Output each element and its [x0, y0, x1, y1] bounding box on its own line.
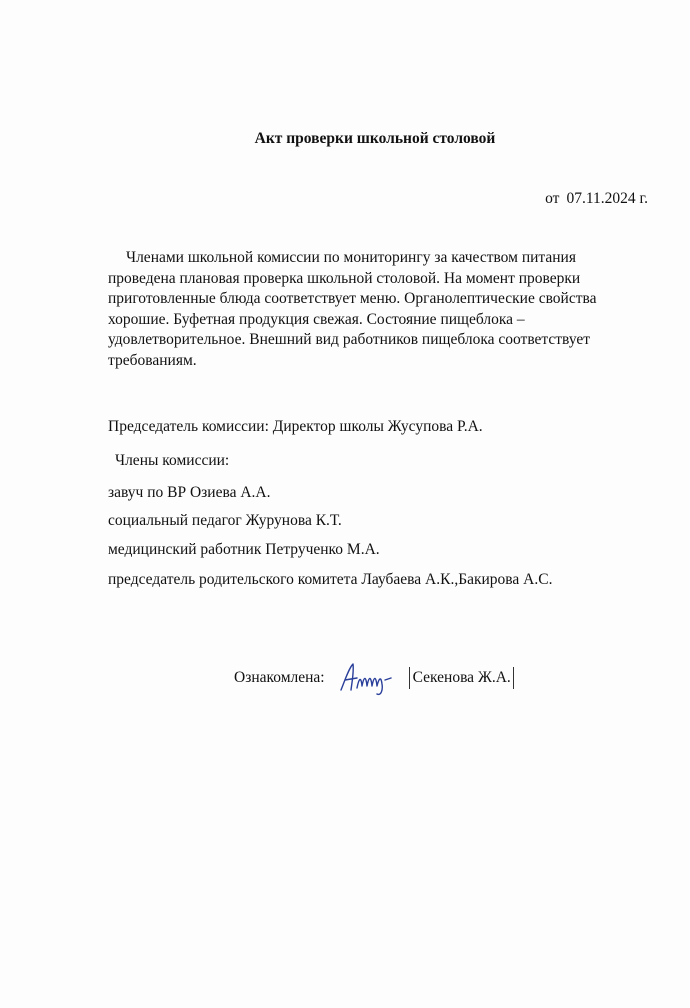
signature-icon [337, 660, 407, 696]
acknowledgement: Ознакомлена: Секенова Ж.А. [234, 660, 514, 696]
commission-member: завуч по ВР Озиева А.А. [108, 484, 270, 502]
acknowledgement-label: Ознакомлена: [234, 669, 325, 687]
date-prefix: от [545, 190, 559, 207]
document-title: Акт проверки школьной столовой [0, 130, 690, 148]
document-page: Акт проверки школьной столовой от07.11.2… [0, 0, 690, 1008]
members-heading: Члены комиссии: [115, 452, 229, 470]
date-value: 07.11.2024 г. [566, 190, 648, 207]
inspection-body-text: Членами школьной комиссии по мониторингу… [108, 248, 608, 371]
document-date: от07.11.2024 г. [545, 190, 648, 208]
commission-chair: Председатель комиссии: Директор школы Жу… [108, 418, 483, 436]
acknowledgement-name: Секенова Ж.А. [409, 667, 514, 689]
commission-member: медицинский работник Петрученко М.А. [108, 541, 380, 559]
commission-member: председатель родительского комитета Лауб… [108, 571, 552, 589]
commission-member: социальный педагог Журунова К.Т. [108, 512, 342, 530]
